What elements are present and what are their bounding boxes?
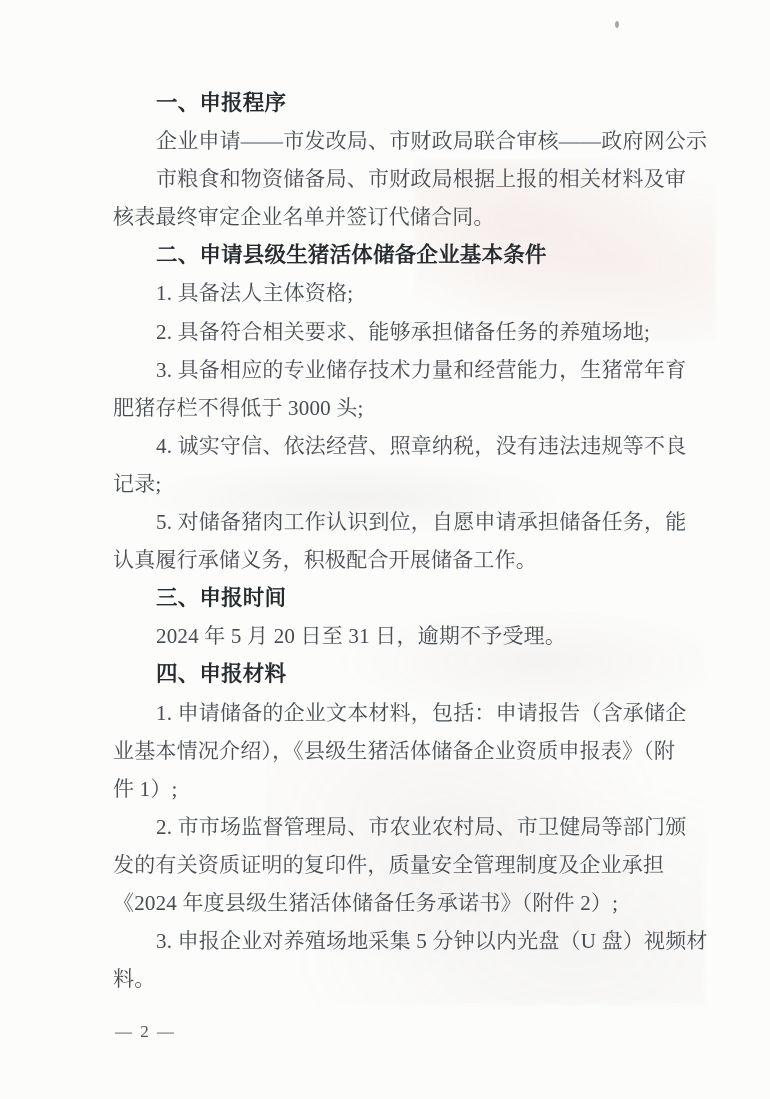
text-line: 业基本情况介绍），《县级生猪活体储备企业资质申报表》（附 bbox=[113, 732, 713, 770]
scan-speck-artifact bbox=[615, 21, 619, 28]
text-line: 2. 具备符合相关要求、能够承担储备任务的养殖场地; bbox=[156, 313, 713, 351]
section-heading: 一、申报程序 bbox=[156, 84, 713, 122]
text-line: 企业申请——市发改局、市财政局联合审核——政府网公示 bbox=[156, 122, 713, 160]
text-line: 《2024 年度县级生猪活体储备任务承诺书》（附件 2）; bbox=[113, 884, 713, 922]
text-line: 1. 申请储备的企业文本材料，包括：申请报告（含承储企 bbox=[156, 694, 713, 732]
text-line: 2024 年 5 月 20 日至 31 日，逾期不予受理。 bbox=[156, 617, 713, 655]
text-line: 肥猪存栏不得低于 3000 头; bbox=[113, 389, 713, 427]
text-line: 1. 具备法人主体资格; bbox=[156, 274, 713, 312]
text-line: 记录; bbox=[113, 465, 713, 503]
text-line: 件 1）; bbox=[113, 770, 713, 808]
text-line: 料。 bbox=[113, 960, 713, 998]
document-body: 一、申报程序企业申请——市发改局、市财政局联合审核——政府网公示市粮食和物资储备… bbox=[113, 84, 713, 998]
text-line: 发的有关资质证明的复印件，质量安全管理制度及企业承担 bbox=[113, 846, 713, 884]
text-line: 2. 市市场监督管理局、市农业农村局、市卫健局等部门颁 bbox=[156, 808, 713, 846]
text-line: 核表最终审定企业名单并签订代储合同。 bbox=[113, 198, 713, 236]
scanned-document-page: 一、申报程序企业申请——市发改局、市财政局联合审核——政府网公示市粮食和物资储备… bbox=[0, 0, 770, 1099]
section-heading: 二、申请县级生猪活体储备企业基本条件 bbox=[156, 236, 713, 274]
page-number: — 2 — bbox=[115, 1022, 176, 1042]
section-heading: 四、申报材料 bbox=[156, 655, 713, 693]
text-line: 3. 申报企业对养殖场地采集 5 分钟以内光盘（U 盘）视频材 bbox=[156, 922, 713, 960]
section-heading: 三、申报时间 bbox=[156, 579, 713, 617]
text-line: 认真履行承储义务，积极配合开展储备工作。 bbox=[113, 541, 713, 579]
text-line: 3. 具备相应的专业储存技术力量和经营能力，生猪常年育 bbox=[156, 351, 713, 389]
text-line: 4. 诚实守信、依法经营、照章纳税，没有违法违规等不良 bbox=[156, 427, 713, 465]
text-line: 市粮食和物资储备局、市财政局根据上报的相关材料及审 bbox=[156, 160, 713, 198]
text-line: 5. 对储备猪肉工作认识到位，自愿申请承担储备任务，能 bbox=[156, 503, 713, 541]
